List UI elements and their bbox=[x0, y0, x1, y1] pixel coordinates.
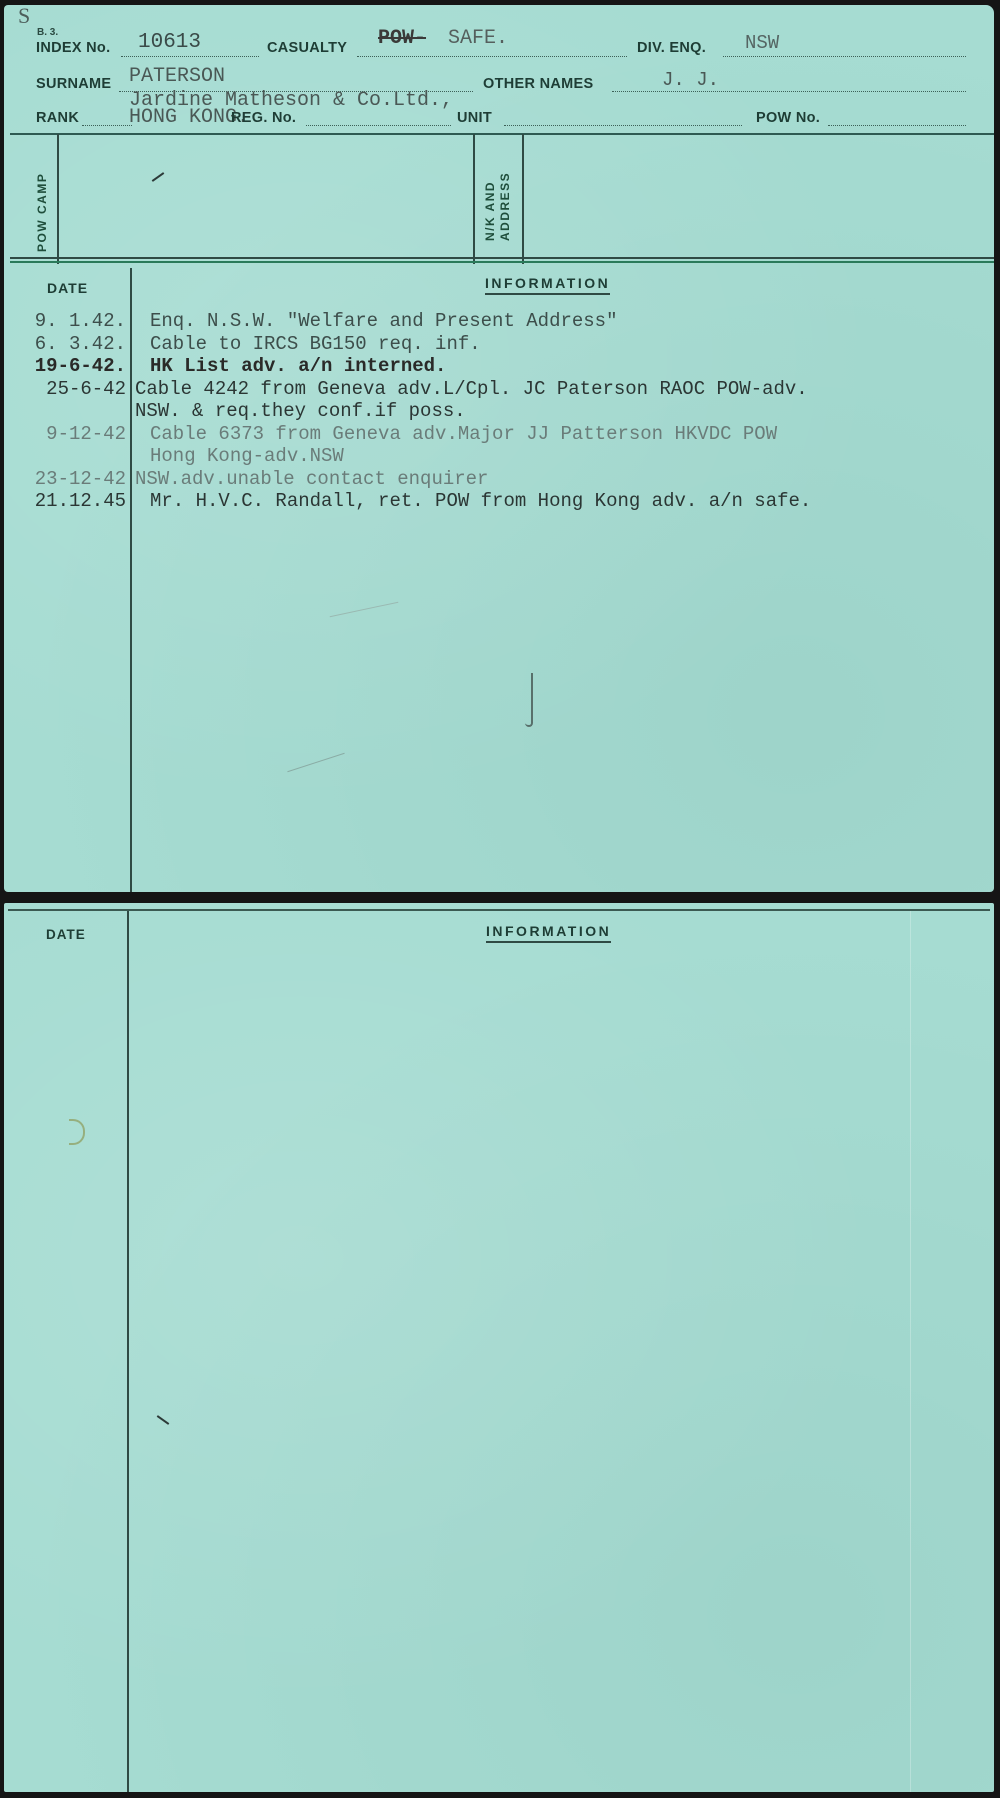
top-rule bbox=[8, 909, 990, 911]
entry-info: NSW.adv.unable contact enquirer bbox=[135, 468, 488, 490]
reg-no-label: REG. No. bbox=[231, 110, 296, 126]
entry-info: Cable 4242 from Geneva adv.L/Cpl. JC Pat… bbox=[135, 378, 808, 400]
date-column-divider bbox=[127, 911, 129, 1792]
pencil-stroke bbox=[330, 602, 399, 618]
divider-double-2 bbox=[10, 261, 994, 263]
form-code: B. 3. bbox=[37, 27, 58, 38]
date-header: DATE bbox=[46, 927, 86, 942]
pen-mark bbox=[157, 1415, 170, 1425]
surname-value: PATERSON bbox=[129, 65, 225, 88]
other-names-label: OTHER NAMES bbox=[483, 76, 593, 92]
pow-camp-divider bbox=[57, 134, 59, 264]
entry-date: 9. 1.42. bbox=[6, 310, 126, 332]
divider-double-1 bbox=[10, 257, 994, 259]
entry-info: Cable to IRCS BG150 req. inf. bbox=[150, 333, 481, 355]
information-header: INFORMATION bbox=[485, 275, 610, 295]
reg-no-dots bbox=[306, 125, 451, 126]
entry-date: 19-6-42. bbox=[6, 355, 126, 377]
nk-and-label: N/K AND bbox=[483, 181, 497, 241]
pen-tick-mark bbox=[152, 172, 165, 182]
entry-date: 6. 3.42. bbox=[6, 333, 126, 355]
div-enq-value: NSW bbox=[745, 32, 779, 54]
other-names-dots bbox=[612, 91, 966, 92]
entry-date: 21.12.45 bbox=[6, 490, 126, 512]
pow-no-dots bbox=[828, 125, 966, 126]
surname-label: SURNAME bbox=[36, 76, 111, 92]
nk-right-divider bbox=[522, 134, 524, 264]
entry-info: Enq. N.S.W. "Welfare and Present Address… bbox=[150, 310, 617, 332]
entry-date: 25-6-42 bbox=[6, 378, 126, 400]
divider-top bbox=[10, 133, 994, 135]
div-enq-label: DIV. ENQ. bbox=[637, 40, 706, 56]
entry-info: Cable 6373 from Geneva adv.Major JJ Patt… bbox=[150, 423, 777, 445]
casualty-struck-value: POW- bbox=[378, 27, 426, 50]
div-enq-dots bbox=[723, 56, 966, 57]
address-label: ADDRESS bbox=[498, 172, 512, 241]
pencil-check-mark bbox=[525, 673, 533, 727]
casualty-label: CASUALTY bbox=[267, 40, 347, 56]
date-column-divider bbox=[130, 268, 132, 892]
pencil-stroke bbox=[287, 753, 344, 772]
fold-line bbox=[910, 911, 911, 1792]
index-no-dots bbox=[121, 56, 259, 57]
unit-dots bbox=[504, 125, 742, 126]
unit-label: UNIT bbox=[457, 110, 492, 126]
casualty-value: SAFE. bbox=[448, 27, 508, 50]
nk-left-divider bbox=[473, 134, 475, 264]
corner-mark: S bbox=[18, 3, 30, 29]
entry-info: Mr. H.V.C. Randall, ret. POW from Hong K… bbox=[150, 490, 811, 512]
other-names-value: J. J. bbox=[662, 69, 719, 91]
stain-mark bbox=[69, 1119, 85, 1145]
entry-date: 23-12-42 bbox=[6, 468, 126, 490]
entry-date: 9-12-42 bbox=[6, 423, 126, 445]
card-back: DATE INFORMATION bbox=[4, 903, 994, 1792]
rank-label: RANK bbox=[36, 110, 79, 126]
information-header: INFORMATION bbox=[486, 923, 611, 943]
pow-camp-label: POW CAMP bbox=[35, 173, 49, 252]
index-no-label: INDEX No. bbox=[36, 40, 110, 56]
card-front: S B. 3. INDEX No. 10613 CASUALTY POW- SA… bbox=[4, 5, 994, 892]
pow-no-label: POW No. bbox=[756, 110, 820, 126]
entry-info: Hong Kong-adv.NSW bbox=[150, 445, 344, 467]
date-header: DATE bbox=[47, 280, 88, 296]
rank-dots bbox=[82, 125, 132, 126]
entry-info: NSW. & req.they conf.if poss. bbox=[135, 400, 466, 422]
index-no-value: 10613 bbox=[138, 31, 201, 54]
entry-info: HK List adv. a/n interned. bbox=[150, 355, 446, 377]
casualty-dots bbox=[357, 56, 627, 57]
